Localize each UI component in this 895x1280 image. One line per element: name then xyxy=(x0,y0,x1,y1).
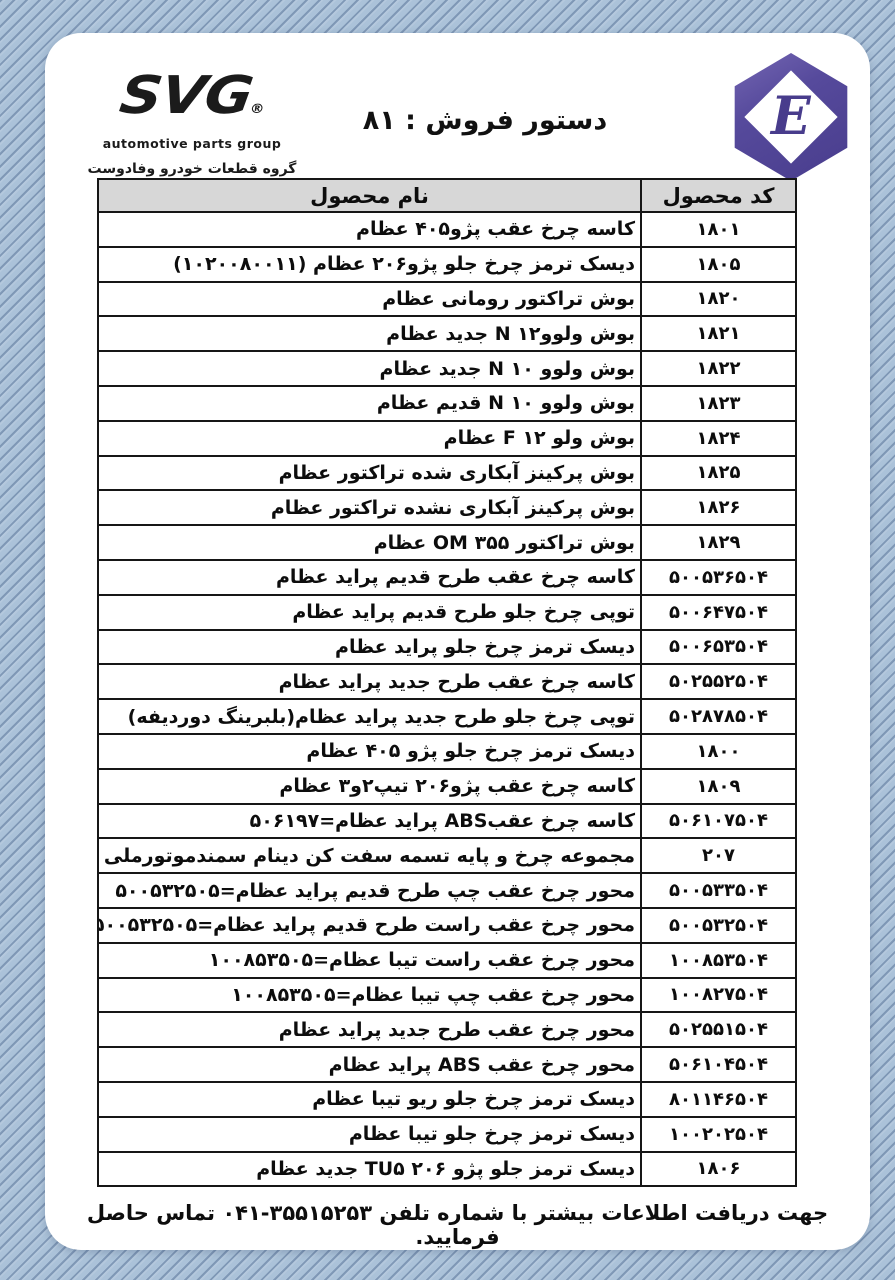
table-row: ۲۰۷مجموعه چرخ و پایه تسمه سفت کن دینام س… xyxy=(98,838,796,873)
table-row: ۱۸۰۶دیسک ترمز جلو پژو ۲۰۶ TU۵ جدید عظام xyxy=(98,1152,796,1187)
product-name: دیسک ترمز چرخ جلو پژو۲۰۶ عظام (۱۰۲۰۰۸۰۰۱… xyxy=(98,247,641,282)
svg-logo-subtitle-fa: گروه قطعات خودرو وفادوست xyxy=(87,161,297,177)
product-name: دیسک ترمز چرخ جلو پراید عظام xyxy=(98,630,641,665)
product-name: کاسه چرخ عقب پژو۴۰۵ عظام xyxy=(98,212,641,247)
product-name: بوش ولوو۱۲ N جدید عظام xyxy=(98,316,641,351)
table-row: ۱۰۰۸۲۷۵۰۴محور چرخ عقب چپ تیبا عظام=۱۰۰۸۵… xyxy=(98,978,796,1013)
product-name: بوش ولو F ۱۲ عظام xyxy=(98,421,641,456)
product-code: ۱۸۰۶ xyxy=(641,1152,796,1187)
product-code: ۱۸۲۶ xyxy=(641,490,796,525)
product-code: ۱۰۰۲۰۲۵۰۴ xyxy=(641,1117,796,1152)
svg-logo-subtitle-en: automotive parts group xyxy=(87,136,297,151)
product-name: بوش پرکینز آبکاری شده تراکتور عظام xyxy=(98,456,641,491)
product-name: توپی چرخ جلو طرح قدیم پراید عظام xyxy=(98,595,641,630)
page-title: دستور فروش : ۸۱ xyxy=(330,105,640,136)
product-name: کاسه چرخ عقب طرح قدیم پراید عظام xyxy=(98,560,641,595)
table-body: ۱۸۰۱کاسه چرخ عقب پژو۴۰۵ عظام ۱۸۰۵دیسک تر… xyxy=(98,212,796,1186)
page-background: { "page": { "title": "دستور فروش : ۸۱", … xyxy=(0,0,895,1280)
product-code: ۱۸۲۱ xyxy=(641,316,796,351)
table-row: ۱۰۰۲۰۲۵۰۴دیسک ترمز چرخ جلو تیبا عظام xyxy=(98,1117,796,1152)
header-row: کد محصول نام محصول xyxy=(98,179,796,212)
ezam-logo: E xyxy=(727,53,855,181)
product-name: محور چرخ عقب چپ تیبا عظام=۱۰۰۸۵۳۵۰۵ xyxy=(98,978,641,1013)
table-row: ۱۸۰۹کاسه چرخ عقب پژو۲۰۶ تیپ۲و۳ عظام xyxy=(98,769,796,804)
product-name: بوش پرکینز آبکاری نشده تراکتور عظام xyxy=(98,490,641,525)
table-row: ۱۸۲۴بوش ولو F ۱۲ عظام xyxy=(98,421,796,456)
product-code: ۱۰۰۸۵۳۵۰۴ xyxy=(641,943,796,978)
product-name: دیسک ترمز چرخ جلو تیبا عظام xyxy=(98,1117,641,1152)
product-code: ۵۰۰۵۳۲۵۰۴ xyxy=(641,908,796,943)
product-code: ۵۰۰۶۴۷۵۰۴ xyxy=(641,595,796,630)
table-row: ۵۰۰۵۳۲۵۰۴محور چرخ عقب راست طرح قدیم پرای… xyxy=(98,908,796,943)
table-row: ۵۰۶۱۰۴۵۰۴محور چرخ عقب ABS پراید عظام xyxy=(98,1047,796,1082)
product-name: محور چرخ عقب چپ طرح قدیم پراید عظام=۵۰۰۵… xyxy=(98,873,641,908)
table-row: ۵۰۰۵۳۳۵۰۴محور چرخ عقب چپ طرح قدیم پراید … xyxy=(98,873,796,908)
table-row: ۱۸۲۳بوش ولوو ۱۰ N قدیم عظام xyxy=(98,386,796,421)
product-code: ۱۰۰۸۲۷۵۰۴ xyxy=(641,978,796,1013)
table-row: ۵۰۲۵۵۱۵۰۴محور چرخ عقب طرح جدید پراید عظا… xyxy=(98,1012,796,1047)
product-code: ۱۸۲۰ xyxy=(641,282,796,317)
table-header: کد محصول نام محصول xyxy=(98,179,796,212)
product-code: ۱۸۰۰ xyxy=(641,734,796,769)
table-row: ۱۸۲۹بوش تراکتور ۳۵۵ OM عظام xyxy=(98,525,796,560)
product-code: ۵۰۰۵۳۳۵۰۴ xyxy=(641,873,796,908)
product-name: کاسه چرخ عقب پژو۲۰۶ تیپ۲و۳ عظام xyxy=(98,769,641,804)
product-code: ۵۰۲۵۵۱۵۰۴ xyxy=(641,1012,796,1047)
product-name: دیسک ترمز چرخ جلو ریو تیبا عظام xyxy=(98,1082,641,1117)
product-code: ۱۸۲۲ xyxy=(641,351,796,386)
product-code: ۱۸۰۱ xyxy=(641,212,796,247)
product-name: مجموعه چرخ و پایه تسمه سفت کن دینام سمند… xyxy=(98,838,641,873)
product-name: بوش ولوو ۱۰ N قدیم عظام xyxy=(98,386,641,421)
product-code: ۱۸۲۴ xyxy=(641,421,796,456)
table-row: ۱۸۲۱بوش ولوو۱۲ N جدید عظام xyxy=(98,316,796,351)
product-code: ۵۰۰۵۳۶۵۰۴ xyxy=(641,560,796,595)
table-row: ۱۸۰۵دیسک ترمز چرخ جلو پژو۲۰۶ عظام (۱۰۲۰۰… xyxy=(98,247,796,282)
product-code: ۱۸۲۵ xyxy=(641,456,796,491)
product-code: ۲۰۷ xyxy=(641,838,796,873)
table-row: ۵۰۰۶۵۳۵۰۴دیسک ترمز چرخ جلو پراید عظام xyxy=(98,630,796,665)
table-row: ۱۸۲۰بوش تراکتور رومانی عظام xyxy=(98,282,796,317)
svg-logo-mark: SVG® xyxy=(115,68,270,138)
registered-trademark-icon: ® xyxy=(249,102,265,117)
product-code: ۱۸۲۹ xyxy=(641,525,796,560)
header-product-name: نام محصول xyxy=(98,179,641,212)
table-row: ۱۸۲۶بوش پرکینز آبکاری نشده تراکتور عظام xyxy=(98,490,796,525)
header-product-code: کد محصول xyxy=(641,179,796,212)
product-code: ۵۰۶۱۰۴۵۰۴ xyxy=(641,1047,796,1082)
product-table: کد محصول نام محصول ۱۸۰۱کاسه چرخ عقب پژو۴… xyxy=(97,178,797,1187)
svg-automotive-logo: SVG® automotive parts group گروه قطعات خ… xyxy=(87,68,297,177)
product-code: ۵۰۰۶۵۳۵۰۴ xyxy=(641,630,796,665)
footer-contact-note: جهت دریافت اطلاعات بیشتر با شماره تلفن ۳… xyxy=(45,1201,870,1249)
product-name: محور چرخ عقب راست طرح قدیم پراید عظام=۵۰… xyxy=(98,908,641,943)
table-row: ۱۸۲۲بوش ولوو ۱۰ N جدید عظام xyxy=(98,351,796,386)
product-name: محور چرخ عقب راست تیبا عظام=۱۰۰۸۵۳۵۰۵ xyxy=(98,943,641,978)
product-name: محور چرخ عقب طرح جدید پراید عظام xyxy=(98,1012,641,1047)
product-name: بوش ولوو ۱۰ N جدید عظام xyxy=(98,351,641,386)
product-name: محور چرخ عقب ABS پراید عظام xyxy=(98,1047,641,1082)
svg-logo-text: SVG xyxy=(116,66,256,126)
table-row: ۵۰۲۸۷۸۵۰۴توپی چرخ جلو طرح جدید پراید عظا… xyxy=(98,699,796,734)
product-code: ۸۰۱۱۴۶۵۰۴ xyxy=(641,1082,796,1117)
table-row: ۸۰۱۱۴۶۵۰۴دیسک ترمز چرخ جلو ریو تیبا عظام xyxy=(98,1082,796,1117)
table-row: ۵۰۶۱۰۷۵۰۴کاسه چرخ عقبABS پراید عظام=۵۰۶۱… xyxy=(98,804,796,839)
script-e-letter: E xyxy=(771,91,811,143)
product-name: کاسه چرخ عقب طرح جدید پراید عظام xyxy=(98,664,641,699)
table-row: ۱۸۲۵بوش پرکینز آبکاری شده تراکتور عظام xyxy=(98,456,796,491)
product-code: ۵۰۲۵۵۲۵۰۴ xyxy=(641,664,796,699)
table-row: ۵۰۲۵۵۲۵۰۴کاسه چرخ عقب طرح جدید پراید عظا… xyxy=(98,664,796,699)
product-code: ۱۸۰۵ xyxy=(641,247,796,282)
table-row: ۵۰۰۵۳۶۵۰۴کاسه چرخ عقب طرح قدیم پراید عظا… xyxy=(98,560,796,595)
table-row: ۱۰۰۸۵۳۵۰۴محور چرخ عقب راست تیبا عظام=۱۰۰… xyxy=(98,943,796,978)
product-name: کاسه چرخ عقبABS پراید عظام=۵۰۶۱۹۷ xyxy=(98,804,641,839)
product-name: توپی چرخ جلو طرح جدید پراید عظام(بلبرینگ… xyxy=(98,699,641,734)
table-row: ۵۰۰۶۴۷۵۰۴توپی چرخ جلو طرح قدیم پراید عظا… xyxy=(98,595,796,630)
table-row: ۱۸۰۱کاسه چرخ عقب پژو۴۰۵ عظام xyxy=(98,212,796,247)
document-card: SVG® automotive parts group گروه قطعات خ… xyxy=(45,33,870,1250)
product-code: ۵۰۲۸۷۸۵۰۴ xyxy=(641,699,796,734)
product-name: بوش تراکتور رومانی عظام xyxy=(98,282,641,317)
product-code: ۱۸۰۹ xyxy=(641,769,796,804)
product-code: ۱۸۲۳ xyxy=(641,386,796,421)
table-row: ۱۸۰۰دیسک ترمز چرخ جلو پژو ۴۰۵ عظام xyxy=(98,734,796,769)
product-name: دیسک ترمز جلو پژو ۲۰۶ TU۵ جدید عظام xyxy=(98,1152,641,1187)
product-name: دیسک ترمز چرخ جلو پژو ۴۰۵ عظام xyxy=(98,734,641,769)
product-code: ۵۰۶۱۰۷۵۰۴ xyxy=(641,804,796,839)
product-name: بوش تراکتور ۳۵۵ OM عظام xyxy=(98,525,641,560)
